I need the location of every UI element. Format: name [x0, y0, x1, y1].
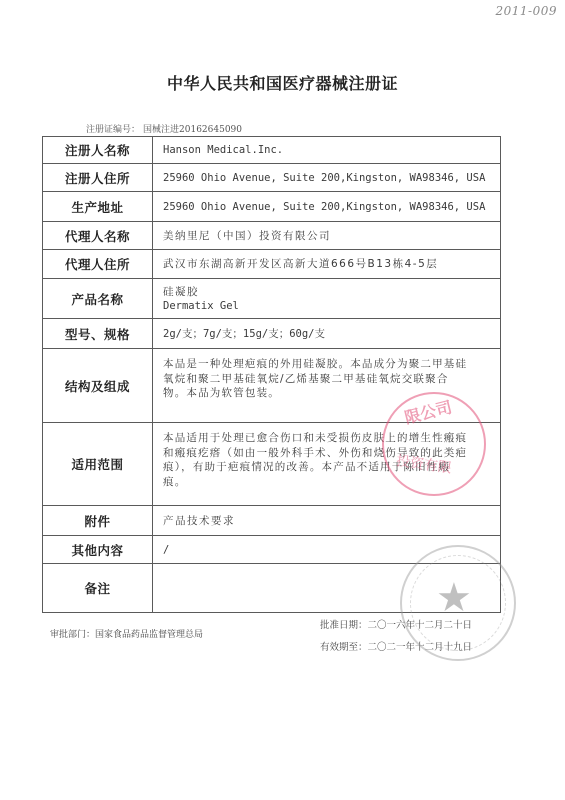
row-value: / — [153, 536, 501, 564]
certificate-table: 注册人名称 Hanson Medical.Inc. 注册人住所 25960 Oh… — [42, 136, 501, 613]
text-line: 本品是一种处理疤痕的外用硅凝胶。本品成分为聚二甲基硅 — [163, 357, 496, 372]
row-value: 美纳里尼（中国）投资有限公司 — [153, 222, 501, 250]
row-value: 本品是一种处理疤痕的外用硅凝胶。本品成分为聚二甲基硅 氧烷和聚二甲基硅氧烷/乙烯… — [153, 349, 501, 423]
row-label: 代理人住所 — [43, 250, 153, 279]
table-row-agent-name: 代理人名称 美纳里尼（中国）投资有限公司 — [43, 222, 501, 250]
table-row-registrant-address: 注册人住所 25960 Ohio Avenue, Suite 200,Kings… — [43, 164, 501, 192]
row-label: 注册人住所 — [43, 164, 153, 192]
table-row-product-name: 产品名称 硅凝胶 Dermatix Gel — [43, 279, 501, 319]
row-value: 2g/支；7g/支；15g/支；60g/支 — [153, 319, 501, 349]
text-line: 痕），有助于疤痕情况的改善。本产品不适用于陈旧性瘢 — [163, 460, 496, 475]
approval-date: 批准日期：二〇一六年十二月二十日 — [320, 615, 472, 637]
text-line: 和瘢痕疙瘩（如由一般外科手术、外伤和烧伤导致的此类疤 — [163, 446, 496, 461]
row-value — [153, 564, 501, 613]
table-row-structure: 结构及组成 本品是一种处理疤痕的外用硅凝胶。本品成分为聚二甲基硅 氧烷和聚二甲基… — [43, 349, 501, 423]
table-row-scope: 适用范围 本品适用于处理已愈合伤口和未受损伤皮肤上的增生性瘢痕 和瘢痕疙瘩（如由… — [43, 423, 501, 506]
text-line: 物。本品为软管包装。 — [163, 386, 496, 401]
registration-number-value: 国械注进20162645090 — [143, 125, 242, 135]
row-value: 25960 Ohio Avenue, Suite 200,Kingston, W… — [153, 192, 501, 222]
table-row-model-spec: 型号、规格 2g/支；7g/支；15g/支；60g/支 — [43, 319, 501, 349]
row-value: 本品适用于处理已愈合伤口和未受损伤皮肤上的增生性瘢痕 和瘢痕疙瘩（如由一般外科手… — [153, 423, 501, 506]
row-label: 附件 — [43, 506, 153, 536]
table-row-attachment: 附件 产品技术要求 — [43, 506, 501, 536]
table-row-production-address: 生产地址 25960 Ohio Avenue, Suite 200,Kingst… — [43, 192, 501, 222]
text-line: 痕。 — [163, 475, 496, 490]
text-line: 本品适用于处理已愈合伤口和未受损伤皮肤上的增生性瘢痕 — [163, 431, 496, 446]
row-label: 产品名称 — [43, 279, 153, 319]
table-row-other: 其他内容 / — [43, 536, 501, 564]
row-label: 结构及组成 — [43, 349, 153, 423]
row-label: 备注 — [43, 564, 153, 613]
approval-dates: 批准日期：二〇一六年十二月二十日 有效期至：二〇二一年十二月十九日 — [320, 615, 472, 659]
handwritten-note: 2011-009 — [496, 4, 558, 18]
row-label: 型号、规格 — [43, 319, 153, 349]
row-value: 产品技术要求 — [153, 506, 501, 536]
valid-until: 有效期至：二〇二一年十二月十九日 — [320, 637, 472, 659]
row-label: 代理人名称 — [43, 222, 153, 250]
product-name-en: Dermatix Gel — [163, 299, 496, 313]
row-label: 注册人名称 — [43, 137, 153, 164]
approval-department: 审批部门：国家食品药品监督管理总局 — [50, 627, 203, 640]
registration-number-label: 注册证编号： — [86, 125, 140, 135]
table-row-remarks: 备注 — [43, 564, 501, 613]
valid-until-value: 二〇二一年十二月十九日 — [368, 642, 473, 653]
product-name-cn: 硅凝胶 — [163, 285, 496, 299]
row-value: Hanson Medical.Inc. — [153, 137, 501, 164]
row-label: 生产地址 — [43, 192, 153, 222]
row-value: 硅凝胶 Dermatix Gel — [153, 279, 501, 319]
row-value: 武汉市东湖高新开发区高新大道666号B13栋4-5层 — [153, 250, 501, 279]
row-label: 适用范围 — [43, 423, 153, 506]
table-row-registrant-name: 注册人名称 Hanson Medical.Inc. — [43, 137, 501, 164]
approval-department-value: 国家食品药品监督管理总局 — [95, 630, 203, 640]
approval-department-label: 审批部门： — [50, 630, 95, 640]
valid-until-label: 有效期至： — [320, 642, 368, 653]
table-row-agent-address: 代理人住所 武汉市东湖高新开发区高新大道666号B13栋4-5层 — [43, 250, 501, 279]
text-line: 氧烷和聚二甲基硅氧烷/乙烯基聚二甲基硅氧烷交联聚合 — [163, 372, 496, 387]
document-title: 中华人民共和国医疗器械注册证 — [0, 71, 565, 94]
approval-date-label: 批准日期： — [320, 620, 368, 631]
approval-date-value: 二〇一六年十二月二十日 — [368, 620, 473, 631]
row-value: 25960 Ohio Avenue, Suite 200,Kingston, W… — [153, 164, 501, 192]
registration-number: 注册证编号：国械注进20162645090 — [86, 122, 242, 135]
row-label: 其他内容 — [43, 536, 153, 564]
